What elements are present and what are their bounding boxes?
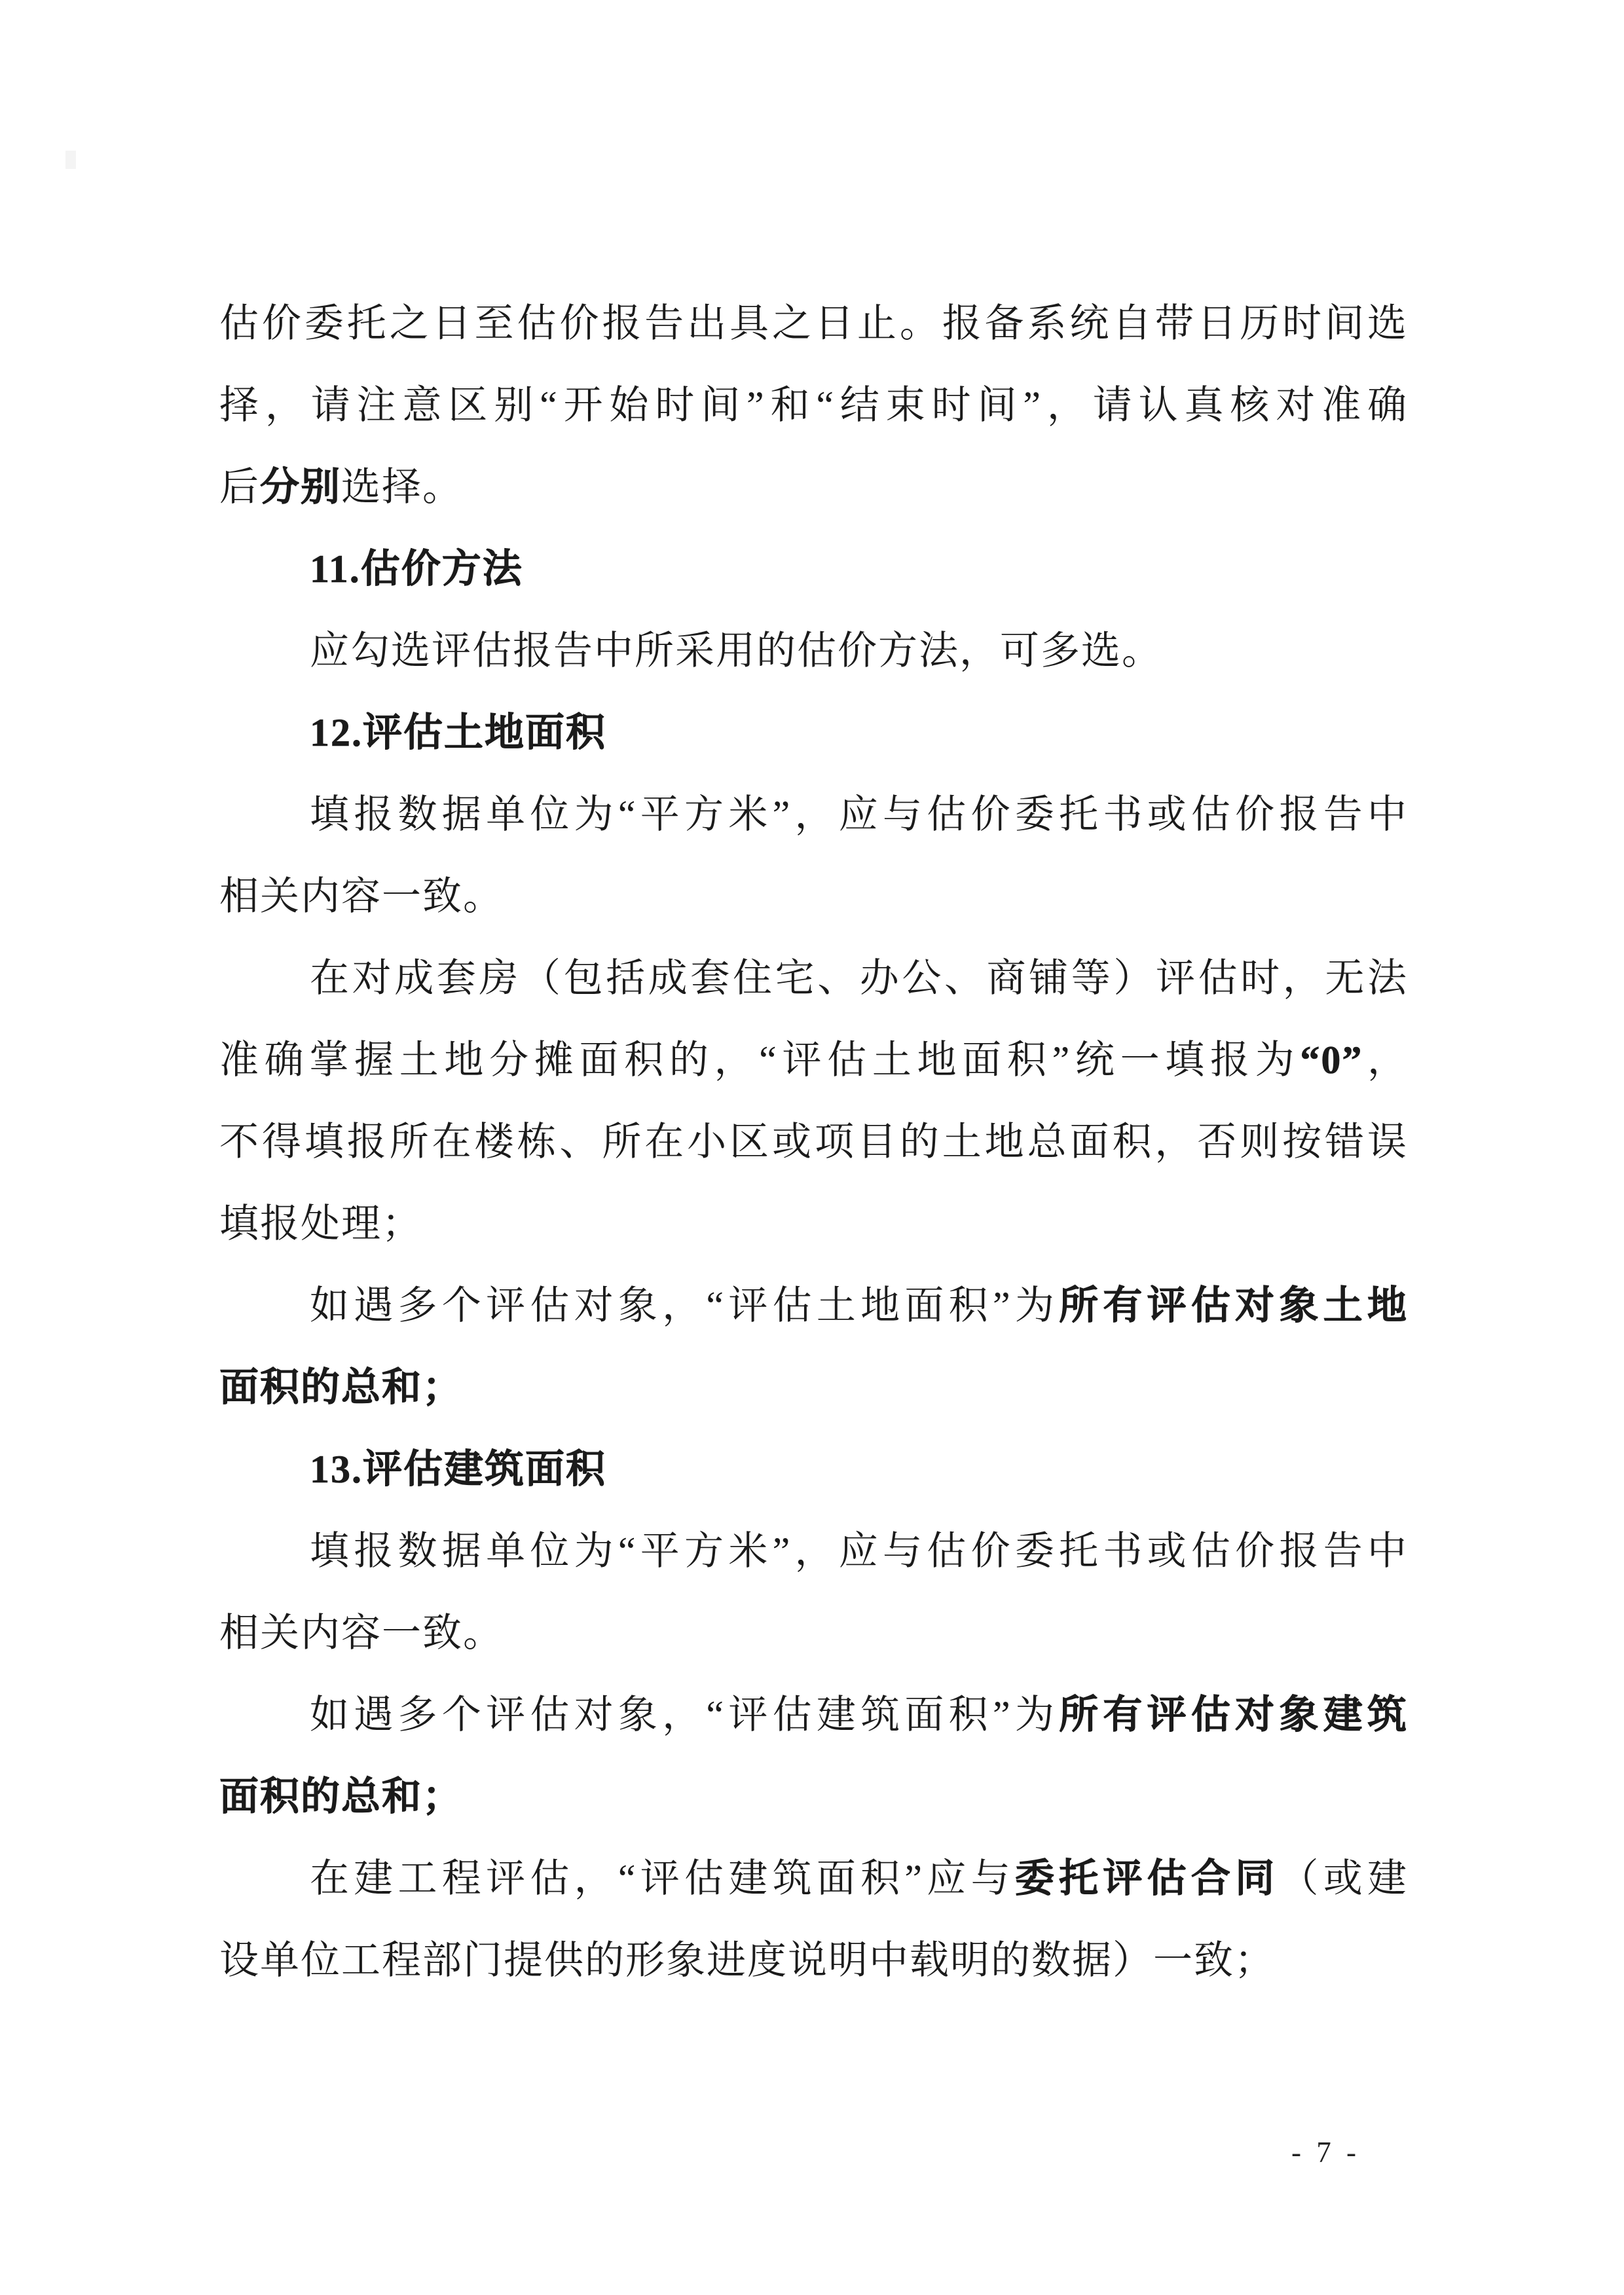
body-paragraph: 填报数据单位为“平方米”，应与估价委托书或估价报告中相关内容一致。 <box>219 1511 1408 1674</box>
emphasis-text: 13.评估建筑面积 <box>310 1448 606 1491</box>
text-segment: 在对成套房（包括成套住宅、办公、商铺等）评估时，无法 <box>310 957 1408 1000</box>
document-body: 估价委托之日至估价报告出具之日止。报备系统自带日历时间选择，请注意区别“开始时间… <box>219 283 1408 2002</box>
emphasis-text: 分别 <box>260 466 341 509</box>
heading-paragraph: 11.估价方法 <box>219 528 1408 610</box>
scan-artifact <box>65 151 76 169</box>
text-segment: 相关内容一致。 <box>219 875 504 918</box>
text-line: 相关内容一致。 <box>219 856 1408 938</box>
heading-line: 13.评估建筑面积 <box>219 1429 1408 1511</box>
text-line: 填报数据单位为“平方米”，应与估价委托书或估价报告中 <box>219 774 1408 856</box>
emphasis-text: 面积的总和； <box>219 1366 463 1409</box>
text-segment: 准确掌握土地分摊面积的，“评估土地面积”统一填报为 <box>219 1038 1300 1082</box>
text-segment: 相关内容一致。 <box>219 1611 504 1655</box>
emphasis-text: 12.评估土地面积 <box>310 711 606 754</box>
text-line: 不得填报所在楼栋、所在小区或项目的土地总面积，否则按错误 <box>219 1101 1408 1183</box>
emphasis-text: 所有评估对象建筑 <box>1059 1693 1408 1736</box>
text-line: 准确掌握土地分摊面积的，“评估土地面积”统一填报为“0”， <box>219 1019 1408 1101</box>
text-line: 相关内容一致。 <box>219 1592 1408 1674</box>
text-segment: 不得填报所在楼栋、所在小区或项目的土地总面积，否则按错误 <box>219 1120 1408 1164</box>
body-paragraph: 在建工程评估，“评估建筑面积”应与委托评估合同（或建设单位工程部门提供的形象进度… <box>219 1838 1408 2002</box>
heading-line: 11.估价方法 <box>219 528 1408 610</box>
text-line: 估价委托之日至估价报告出具之日止。报备系统自带日历时间选 <box>219 283 1408 365</box>
document-page: 估价委托之日至估价报告出具之日止。报备系统自带日历时间选择，请注意区别“开始时间… <box>0 0 1624 2295</box>
text-line: 在对成套房（包括成套住宅、办公、商铺等）评估时，无法 <box>219 938 1408 1019</box>
text-segment: 如遇多个评估对象，“评估建筑面积”为 <box>310 1693 1059 1736</box>
text-line: 后分别选择。 <box>219 447 1408 528</box>
body-paragraph: 填报数据单位为“平方米”，应与估价委托书或估价报告中相关内容一致。 <box>219 774 1408 938</box>
text-segment: （或建 <box>1279 1857 1408 1900</box>
text-segment: 在建工程评估，“评估建筑面积”应与 <box>310 1857 1015 1900</box>
body-paragraph: 如遇多个评估对象，“评估建筑面积”为所有评估对象建筑面积的总和； <box>219 1674 1408 1838</box>
body-paragraph: 估价委托之日至估价报告出具之日止。报备系统自带日历时间选择，请注意区别“开始时间… <box>219 283 1408 528</box>
page-number: - 7 - <box>1291 2136 1360 2169</box>
heading-paragraph: 12.评估土地面积 <box>219 692 1408 774</box>
text-segment: 设单位工程部门提供的形象进度说明中载明的数据）一致； <box>219 1939 1275 1982</box>
text-line: 在建工程评估，“评估建筑面积”应与委托评估合同（或建 <box>219 1838 1408 1920</box>
text-segment: 如遇多个评估对象，“评估土地面积”为 <box>310 1284 1059 1327</box>
text-segment: 后 <box>219 466 260 509</box>
text-line: 面积的总和； <box>219 1756 1408 1838</box>
heading-paragraph: 13.评估建筑面积 <box>219 1429 1408 1511</box>
text-line: 如遇多个评估对象，“评估建筑面积”为所有评估对象建筑 <box>219 1674 1408 1756</box>
text-segment: 估价委托之日至估价报告出具之日止。报备系统自带日历时间选 <box>219 302 1408 345</box>
body-paragraph: 如遇多个评估对象，“评估土地面积”为所有评估对象土地面积的总和； <box>219 1265 1408 1429</box>
text-segment: 填报数据单位为“平方米”，应与估价委托书或估价报告中 <box>310 1530 1408 1573</box>
heading-line: 12.评估土地面积 <box>219 692 1408 774</box>
text-line: 应勾选评估报告中所采用的估价方法，可多选。 <box>219 610 1408 692</box>
text-line: 如遇多个评估对象，“评估土地面积”为所有评估对象土地 <box>219 1265 1408 1347</box>
text-segment: 填报数据单位为“平方米”，应与估价委托书或估价报告中 <box>310 793 1408 836</box>
text-line: 面积的总和； <box>219 1347 1408 1429</box>
text-line: 填报处理； <box>219 1183 1408 1265</box>
emphasis-text: 所有评估对象土地 <box>1059 1284 1408 1327</box>
body-paragraph: 在对成套房（包括成套住宅、办公、商铺等）评估时，无法准确掌握土地分摊面积的，“评… <box>219 938 1408 1265</box>
text-segment: 填报处理； <box>219 1202 422 1245</box>
emphasis-text: 委托评估合同 <box>1015 1857 1280 1900</box>
text-segment: 择，请注意区别“开始时间”和“结束时间”，请认真核对准确 <box>219 384 1408 427</box>
body-paragraph: 应勾选评估报告中所采用的估价方法，可多选。 <box>219 610 1408 692</box>
text-line: 择，请注意区别“开始时间”和“结束时间”，请认真核对准确 <box>219 365 1408 447</box>
text-line: 填报数据单位为“平方米”，应与估价委托书或估价报告中 <box>219 1511 1408 1592</box>
text-segment: 应勾选评估报告中所采用的估价方法，可多选。 <box>310 629 1162 672</box>
emphasis-text: 11.估价方法 <box>310 547 523 591</box>
text-segment: ， <box>1363 1038 1408 1082</box>
text-segment: 选择。 <box>341 466 463 509</box>
emphasis-text: 面积的总和； <box>219 1775 463 1818</box>
text-line: 设单位工程部门提供的形象进度说明中载明的数据）一致； <box>219 1920 1408 2002</box>
emphasis-text: “0” <box>1300 1038 1363 1082</box>
